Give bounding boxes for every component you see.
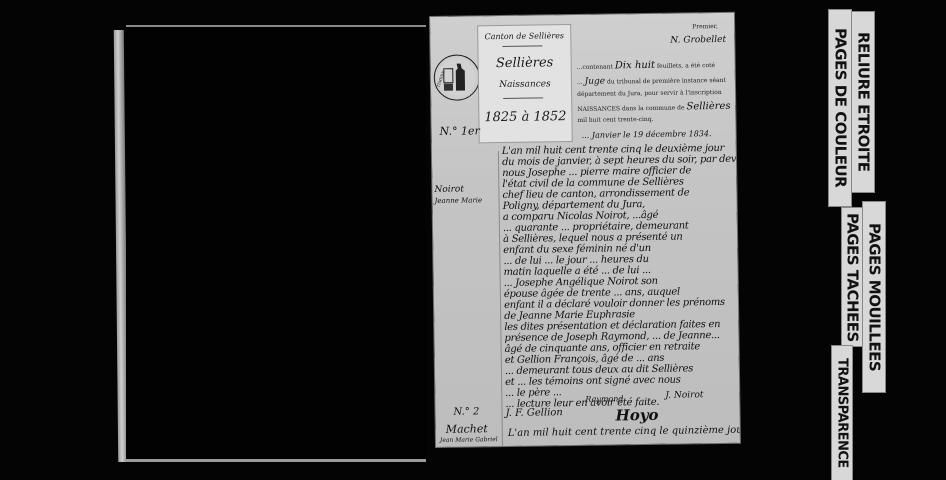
book-cover [126,25,426,462]
header-line-2: ... Juge du tribunal de première instanc… [577,75,726,87]
sticker-transparence: TRANSPARENCE [832,346,852,480]
entry-2-number: N.° 2 [453,406,479,417]
label-years: 1825 à 1852 [479,109,571,125]
label-record-type: Naissances [479,79,571,90]
entry-2-first-line: L'an mil huit cent trente cinq le quinzi… [508,425,740,439]
header-line-3: département du Jura, pour servir à l'ins… [577,89,722,98]
signature-hoyo: Hoyo [615,406,658,425]
premier-text: Premier, [692,23,718,30]
header-line-1: ...contenant Dix huit feuillets, a été c… [577,59,715,72]
scanned-register: TIMBRE Canton de Sellières Sellières Nai… [0,0,946,480]
sticker-reliure-etroite: RELIURE ETROITE [852,12,874,192]
sticker-pages-tachees: PAGES TACHEES [842,208,862,346]
entry-1-margin-given: Jeanne Marie [435,196,483,205]
entry-1-date-line: ... Janvier le 19 décembre 1834. [582,129,712,140]
tax-stamp-icon: TIMBRE [434,54,481,101]
sticker-pages-de-couleur: PAGES DE COULEUR [829,10,851,206]
entry-1-margin-name: Noirot [434,185,464,195]
sticker-pages-mouillees: PAGES MOUILLEES [863,202,885,392]
register-page: TIMBRE Canton de Sellières Sellières Nai… [430,13,740,447]
entry-1-number: N.° 1er [440,124,480,138]
header-line-5: mil huit cent trente-cinq. [577,116,653,124]
mayor-signature: N. Grobellet [670,35,726,46]
entry-2-margin-name: Machet [446,422,488,436]
signature-gellion: J. F. Gellion [505,407,562,419]
entry-2-margin-given: Jean Marie Gabriel [440,436,498,444]
signature-raymond: Raymond [585,394,623,404]
label-canton: Canton de Sellières [478,31,570,41]
label-commune: Sellières [479,55,571,71]
entry-1-body: L'an mil huit cent trente cinq le deuxiè… [494,143,734,146]
signature-noirot: J. Noirot [665,390,703,401]
register-label-card: Canton de Sellières Sellières Naissances… [478,25,572,142]
header-line-4: NAISSANCES dans la commune de Sellières [577,101,730,114]
